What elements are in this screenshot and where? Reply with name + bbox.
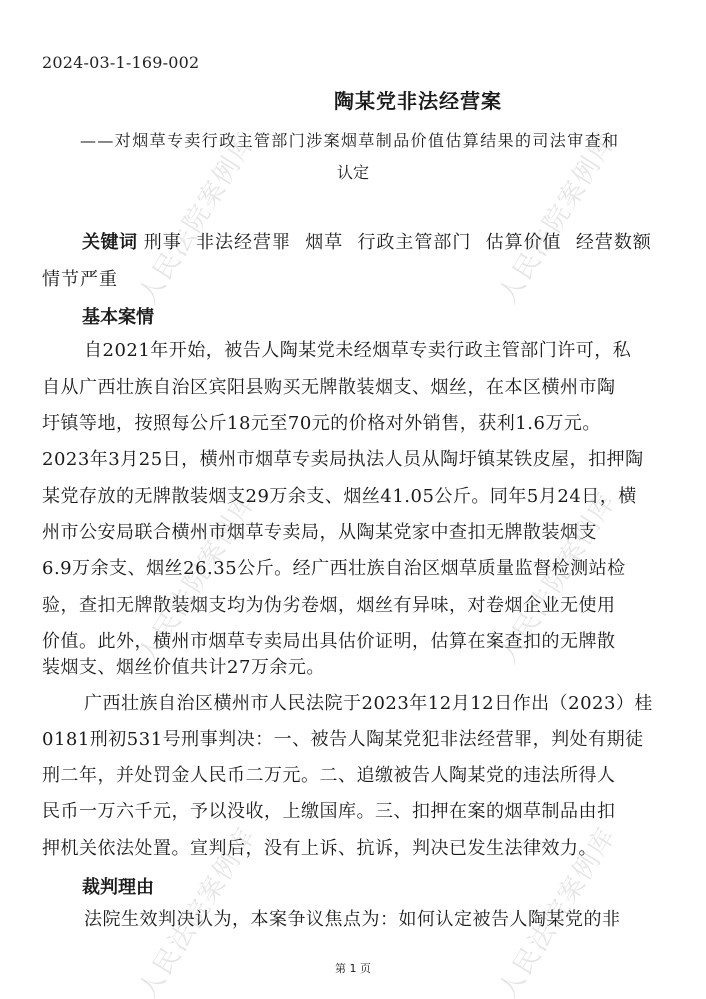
text-line: 州市公安局联合横州市烟草专卖局，从陶某党家中查扣无牌散装烟支 <box>42 515 664 552</box>
keyword: 非法经营罪 <box>196 232 291 253</box>
keyword-wrap: 情节严重 <box>42 262 664 299</box>
keywords-label: 关键词 <box>82 232 138 253</box>
keyword: 估算价值 <box>486 232 562 253</box>
keyword: 烟草 <box>305 232 343 253</box>
keywords-line: 关键词 刑事 非法经营罪 烟草 行政主管部门 估算价值 经营数额 <box>82 225 672 262</box>
section-heading-reasoning: 裁判理由 <box>82 873 154 899</box>
text-line: 法院生效判决认为，本案争议焦点为：如何认定被告人陶某党的非 <box>84 902 706 939</box>
text-line: 自2021年开始，被告人陶某党未经烟草专卖行政主管部门许可，私 <box>84 333 706 370</box>
case-number: 2024-03-1-169-002 <box>42 53 199 72</box>
case-subtitle: ——对烟草专卖行政主管部门涉案烟草制品价值估算结果的司法审查和 <box>80 122 700 160</box>
case-subtitle-continued: 认定 <box>0 160 706 183</box>
text-line: 刑二年，并处罚金人民币二万元。二、追缴被告人陶某党的违法所得人 <box>42 758 664 795</box>
text-line: 圩镇等地，按照每公斤18元至70元的价格对外销售，获利1.6万元。 <box>42 406 664 443</box>
keyword: 经营数额 <box>576 232 652 253</box>
keyword: 行政主管部门 <box>357 232 471 253</box>
text-line: 某党存放的无牌散装烟支29万余支、烟丝41.05公斤。同年5月24日，横 <box>42 479 664 516</box>
text-line: 自从广西壮族自治区宾阳县购买无牌散装烟支、烟丝，在本区横州市陶 <box>42 370 664 407</box>
text-line: 6.9万余支、烟丝26.35公斤。经广西壮族自治区烟草质量监督检测站检 <box>42 551 664 588</box>
section-heading-basic-facts: 基本案情 <box>82 303 154 329</box>
case-title: 陶某党非法经营案 <box>0 85 706 114</box>
page-number: 第 1 页 <box>0 960 706 976</box>
text-line: 验，查扣无牌散装烟支均为伪劣卷烟，烟丝有异味，对卷烟企业无使用 <box>42 588 664 625</box>
keyword: 刑事 <box>144 232 182 253</box>
text-line: 装烟支、烟丝价值共计27万余元。 <box>42 650 664 687</box>
text-line: 0181刑初531号刑事判决：一、被告人陶某党犯非法经营罪，判处有期徒 <box>42 722 664 759</box>
text-line: 2023年3月25日，横州市烟草专卖局执法人员从陶圩镇某铁皮屋，扣押陶 <box>42 442 664 479</box>
text-line: 广西壮族自治区横州市人民法院于2023年12月12日作出（2023）桂 <box>84 686 706 723</box>
text-line: 民币一万六千元，予以没收，上缴国库。三、扣押在案的烟草制品由扣 <box>42 794 664 831</box>
text-line: 押机关依法处置。宣判后，没有上诉、抗诉，判决已发生法律效力。 <box>42 831 664 868</box>
